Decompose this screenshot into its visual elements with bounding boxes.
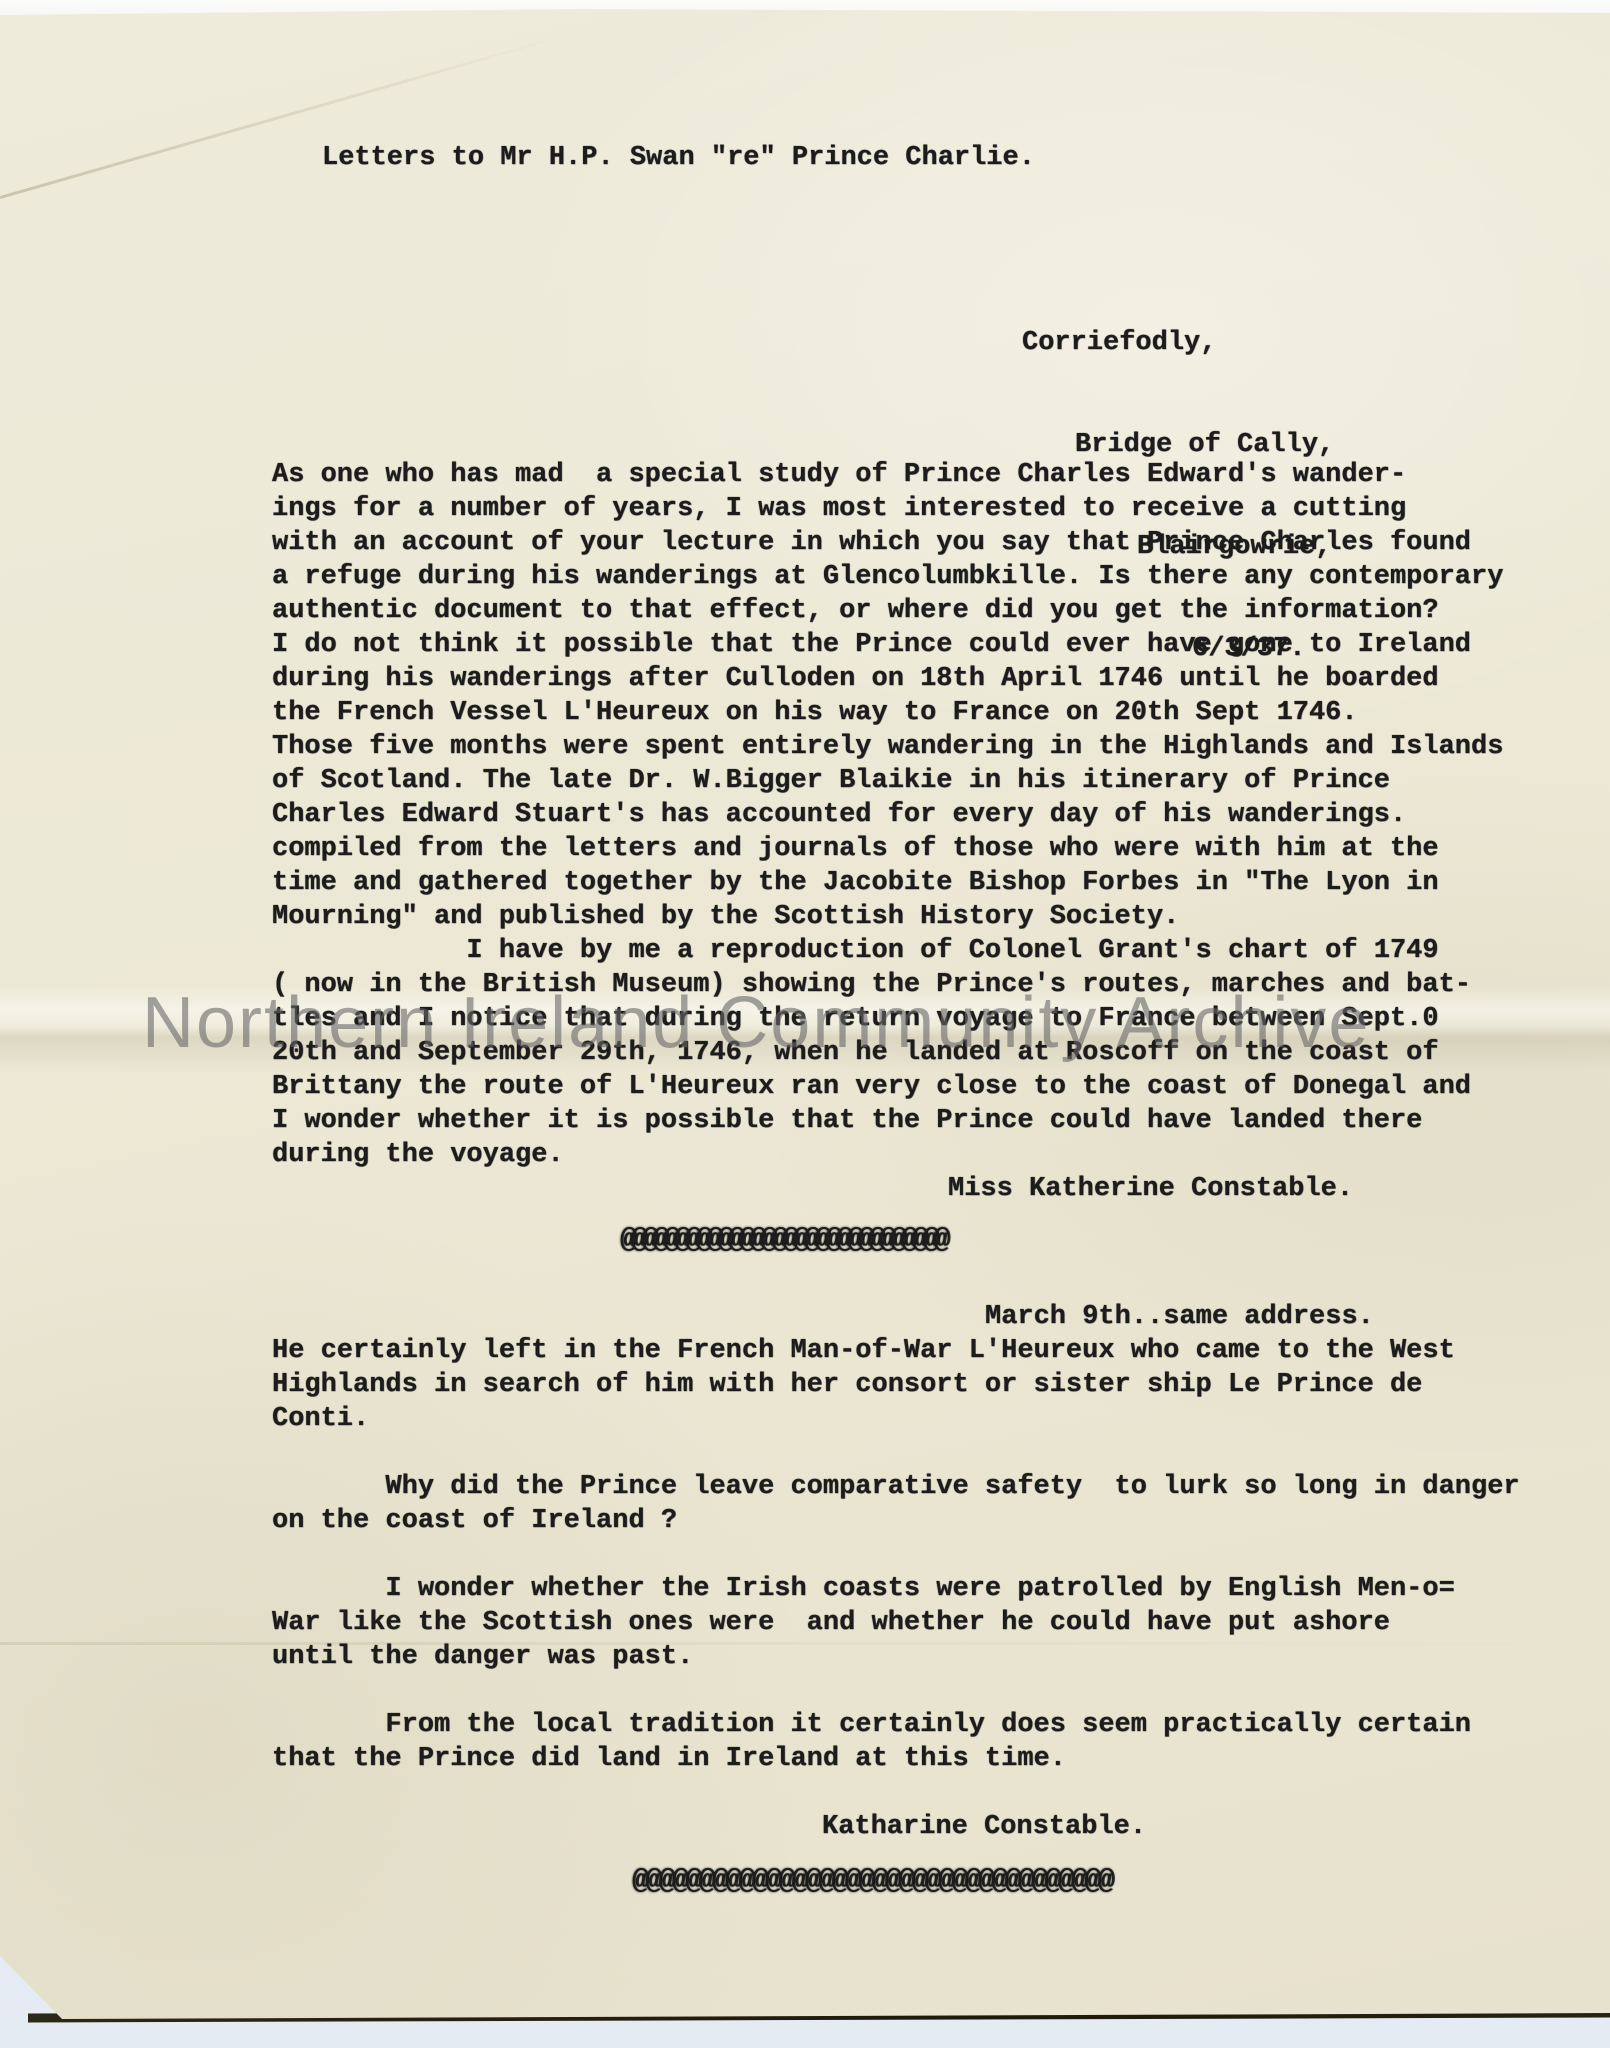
letter1-body: As one who has mad a special study of Pr…: [272, 458, 1503, 1172]
letter-heading: Letters to Mr H.P. Swan "re" Prince Char…: [322, 141, 1035, 175]
letter2-signature: Katharine Constable.: [822, 1810, 1146, 1844]
letter2-date-line: March 9th..same address.: [985, 1300, 1374, 1334]
letter2-paragraph-4: From the local tradition it certainly do…: [272, 1708, 1471, 1776]
address-line-1: Corriefodly,: [1022, 326, 1334, 360]
typed-separator-1: @@@@@@@@@@@@@@@@@@@@@@@@@@@@@@: [620, 1224, 944, 1258]
address-line-2: Bridge of Cally,: [1075, 428, 1334, 462]
letter2-paragraph-1: He certainly left in the French Man-of-W…: [272, 1334, 1455, 1436]
letter2-paragraph-2: Why did the Prince leave comparative saf…: [272, 1470, 1520, 1538]
letter2-paragraph-3: I wonder whether the Irish coasts were p…: [272, 1572, 1455, 1674]
typed-separator-2: @@@@@@@@@@@@@@@@@@@@@@@@@@@@@@@@@@@@: [632, 1865, 1111, 1899]
scanned-letter-page: { "paper": { "color": "#ece8d5", "ink": …: [0, 0, 1610, 2048]
letter1-signature: Miss Katherine Constable.: [948, 1172, 1353, 1206]
